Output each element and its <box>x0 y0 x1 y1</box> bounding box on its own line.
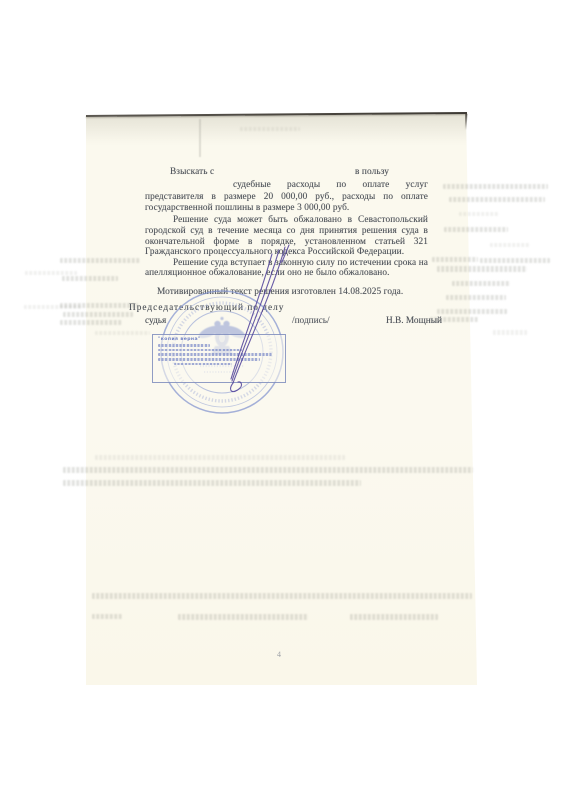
bleedthrough-smudge <box>432 257 478 262</box>
bleedthrough-smudge <box>178 614 308 620</box>
bleedthrough-smudge <box>444 227 508 232</box>
bleedthrough-smudge <box>92 593 472 599</box>
decision-line: представителя в размере 20 000,00 руб., … <box>145 192 428 203</box>
bleedthrough-smudge <box>493 330 527 335</box>
bleedthrough-smudge <box>63 480 361 486</box>
bleedthrough-smudge <box>63 312 133 317</box>
bleedthrough-smudge <box>480 258 550 263</box>
bleedthrough-smudge <box>62 276 118 281</box>
bleedthrough-smudge <box>63 467 473 473</box>
bleedthrough-smudge <box>490 243 530 247</box>
bleedthrough-smudge <box>60 303 138 308</box>
paper-crease <box>199 119 201 157</box>
award-line: Взыскать с в пользу <box>145 167 453 178</box>
bleedthrough-smudge <box>95 455 345 460</box>
bleedthrough-smudge <box>459 212 499 216</box>
scanned-court-decision: Взыскать с в пользу судебные расходы по … <box>0 0 566 800</box>
bleedthrough-smudge <box>452 281 510 286</box>
bleedthrough-smudge <box>92 614 122 619</box>
bleedthrough-smudge <box>350 614 438 620</box>
decision-line: государственной пошлины в размере 3 000,… <box>145 203 428 214</box>
bleedthrough-smudge <box>446 295 506 300</box>
bleedthrough-smudge <box>443 184 548 189</box>
page-number: 4 <box>277 650 281 659</box>
bleedthrough-smudge <box>437 266 527 272</box>
judge-name: Н.В. Мощный <box>386 316 442 326</box>
award-line-right: в пользу <box>355 167 389 178</box>
page-corner-edge <box>465 114 468 130</box>
bleedthrough-smudge <box>25 271 77 275</box>
award-line-left: Взыскать с <box>170 167 214 177</box>
bleedthrough-smudge <box>95 331 150 335</box>
decision-line: Решение суда может быть обжаловано в Сев… <box>145 215 428 226</box>
bleedthrough-smudge <box>240 127 300 131</box>
bleedthrough-smudge <box>60 258 140 263</box>
bleedthrough-smudge <box>60 320 122 325</box>
decision-line: судебные расходы по оплате услуг <box>145 180 428 191</box>
bleedthrough-smudge <box>449 197 545 202</box>
judge-signature <box>195 238 305 398</box>
bleedthrough-smudge <box>437 309 507 314</box>
decision-line: городской суд в течение месяца со дня пр… <box>145 226 428 237</box>
